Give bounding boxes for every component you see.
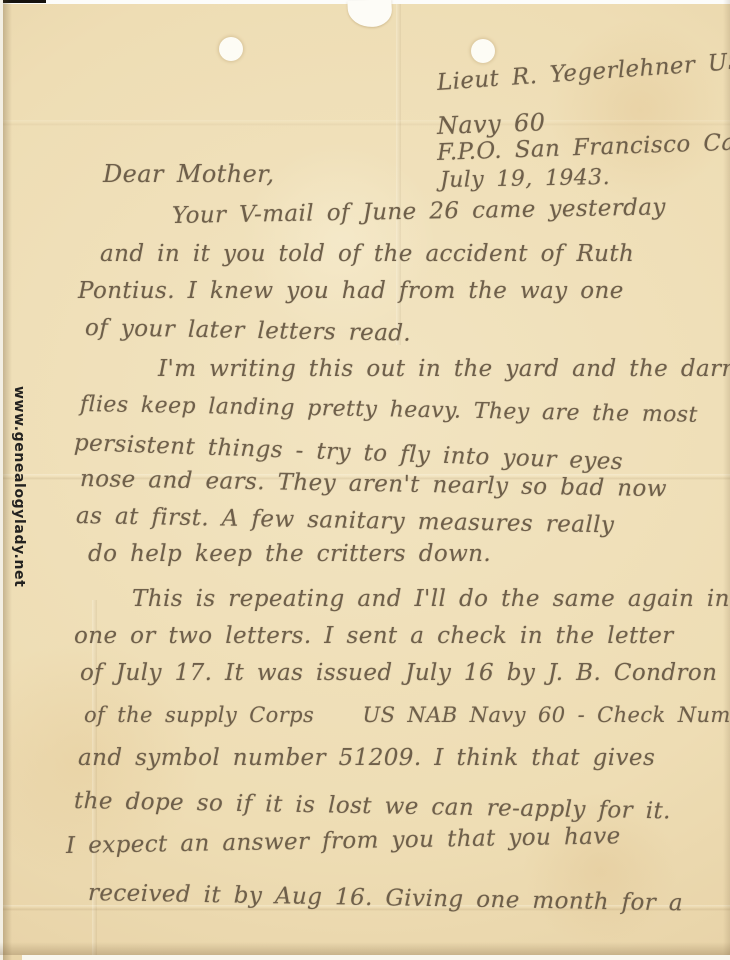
letter-line: This is repeating and I'll do the same a…	[132, 586, 730, 612]
letter-line: and symbol number 51209. I think that gi…	[78, 745, 655, 771]
letter-line: do help keep the critters down.	[88, 541, 491, 567]
horizontal-fold-crease	[0, 120, 730, 126]
heading-date: July 19, 1943.	[440, 165, 610, 193]
heading-line: Navy 60	[437, 108, 546, 140]
salutation: Dear Mother,	[103, 160, 274, 188]
letter-line: I'm writing this out in the yard and the…	[158, 356, 730, 382]
letter-line: Pontius. I knew you had from the way one	[78, 278, 624, 304]
letter-line: one or two letters. I sent a check in th…	[74, 623, 674, 649]
letter-line: of July 17. It was issued July 16 by J. …	[80, 660, 717, 686]
letter-line: of the supply Corps US NAB Navy 60 - Che…	[84, 703, 730, 727]
watermark-text: www.genealogylady.net	[11, 386, 27, 587]
scanned-letter-page: www.genealogylady.net Lieut R. Yegerlehn…	[0, 0, 730, 960]
scan-bottom-edge	[22, 955, 730, 960]
punch-hole	[219, 37, 243, 61]
letter-line: and in it you told of the accident of Ru…	[100, 241, 634, 267]
paper-bottom-shadow	[0, 942, 730, 955]
punch-hole	[471, 39, 495, 63]
